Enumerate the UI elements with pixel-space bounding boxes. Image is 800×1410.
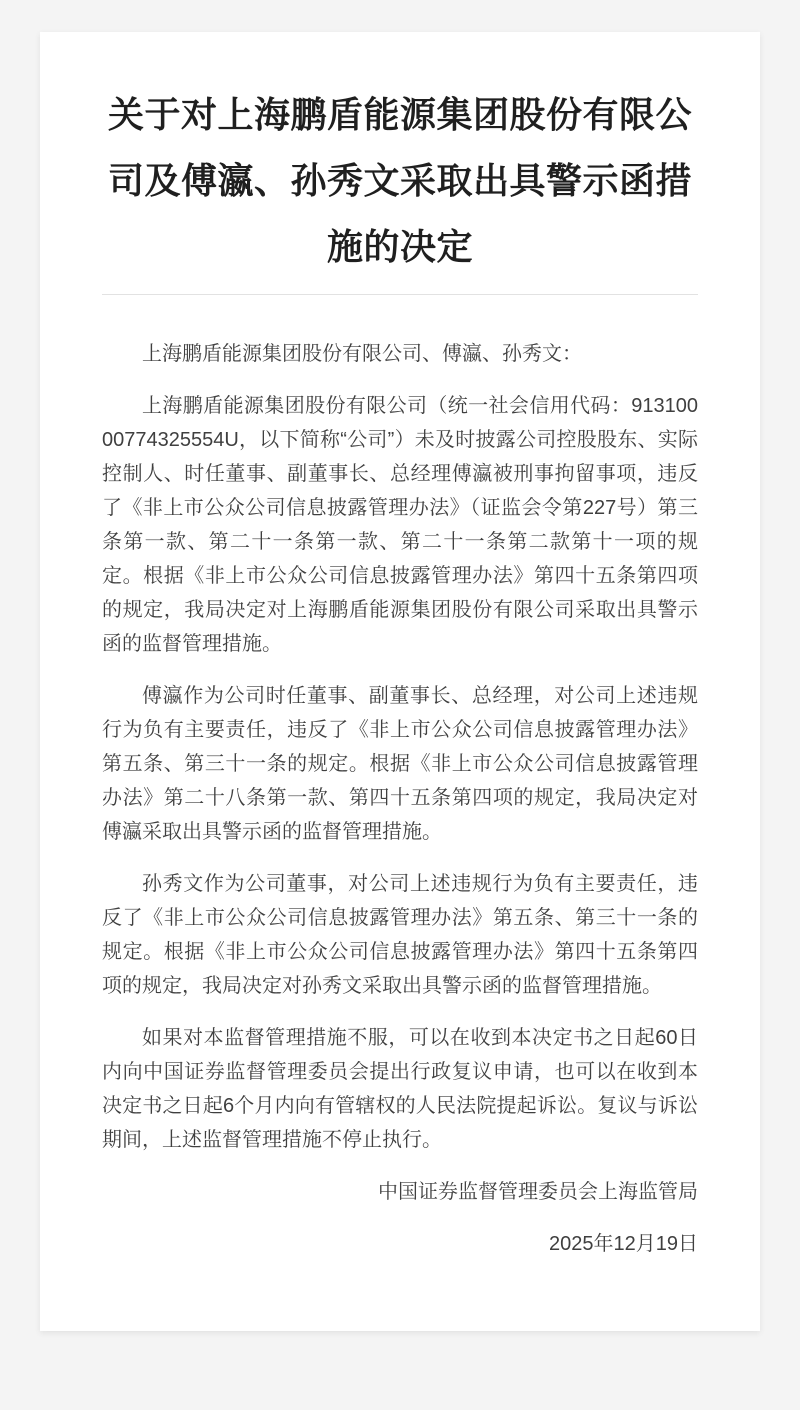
body-paragraph: 上海鹏盾能源集团股份有限公司（统一社会信用代码：9131000077432555…	[102, 389, 698, 661]
issuer-signature: 中国证券监督管理委员会上海监管局	[102, 1175, 698, 1209]
document-body: 上海鹏盾能源集团股份有限公司、傅瀛、孙秀文： 上海鹏盾能源集团股份有限公司（统一…	[102, 337, 698, 1261]
title-divider	[102, 294, 698, 295]
document-title: 关于对上海鹏盾能源集团股份有限公司及傅瀛、孙秀文采取出具警示函措施的决定	[102, 82, 698, 280]
body-paragraph: 如果对本监督管理措施不服，可以在收到本决定书之日起60日内向中国证券监督管理委员…	[102, 1021, 698, 1157]
document-card: 关于对上海鹏盾能源集团股份有限公司及傅瀛、孙秀文采取出具警示函措施的决定 上海鹏…	[40, 32, 760, 1331]
body-paragraph: 傅瀛作为公司时任董事、副董事长、总经理，对公司上述违规行为负有主要责任，违反了《…	[102, 679, 698, 849]
salutation: 上海鹏盾能源集团股份有限公司、傅瀛、孙秀文：	[102, 337, 698, 371]
document-date: 2025年12月19日	[102, 1227, 698, 1261]
body-paragraph: 孙秀文作为公司董事，对公司上述违规行为负有主要责任，违反了《非上市公众公司信息披…	[102, 867, 698, 1003]
